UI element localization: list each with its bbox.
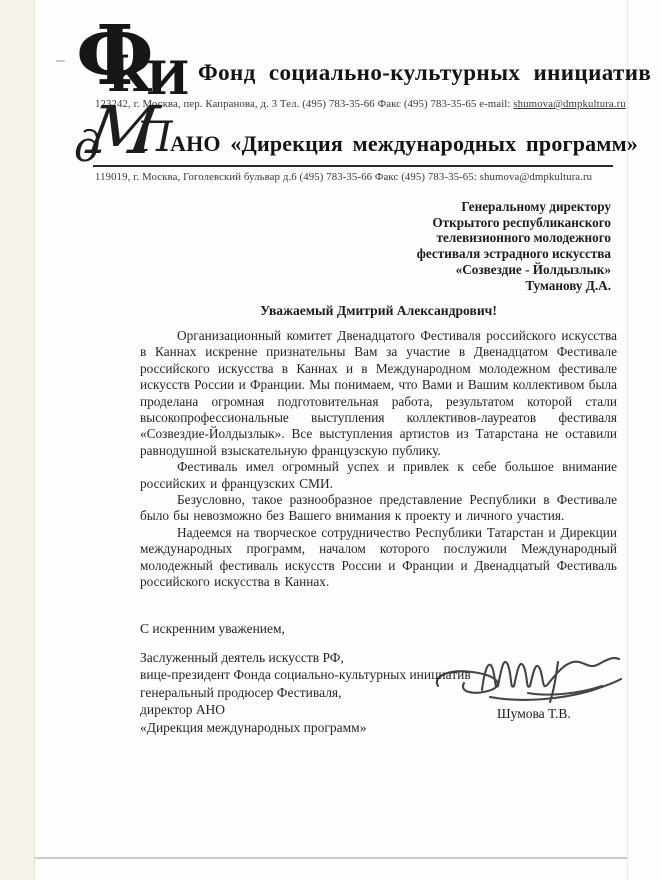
recipient-line: телевизионного молодежного	[291, 230, 611, 246]
letter-body: Организационный комитет Двенадцатого Фес…	[140, 328, 617, 591]
signer-name: Шумова Т.В.	[497, 706, 571, 722]
salutation: Уважаемый Дмитрий Александрович!	[140, 303, 617, 319]
org2-title: АНО «Дирекция международных программ»	[170, 131, 620, 157]
signer-title-line: «Дирекция международных программ»	[140, 719, 500, 736]
recipient-line: Туманову Д.А.	[291, 278, 611, 294]
header-divider-rule	[93, 165, 613, 167]
dmp-logo-letter-p: П	[136, 116, 173, 158]
scanned-letter-page: Ф К И Фонд социально-культурных инициати…	[0, 0, 662, 880]
recipient-line: «Созвездие - Йолдызлык»	[291, 262, 611, 278]
body-paragraph-2: Фестиваль имел огромный успех и привлек …	[140, 459, 617, 492]
body-paragraph-4: Надеемся на творческое сотрудничество Ре…	[140, 525, 617, 591]
org1-address-line: 123242, г. Москва, пер. Капранова, д. 3 …	[95, 98, 625, 110]
org1-title: Фонд социально-культурных инициатив	[198, 60, 618, 86]
scan-edge-bottom	[34, 857, 627, 859]
org2-address-line: 119019, г. Москва, Гоголевский бульвар д…	[95, 171, 625, 183]
org1-email: shumova@dmpkultura.ru	[513, 98, 626, 110]
recipient-block: Генеральному директору Открытого республ…	[291, 199, 611, 293]
recipient-line: Генеральному директору	[291, 199, 611, 215]
scan-edge-left	[0, 0, 35, 880]
body-paragraph-3: Безусловно, такое разнообразное представ…	[140, 492, 617, 525]
recipient-line: Открытого республиканского	[291, 215, 611, 231]
body-paragraph-1: Организационный комитет Двенадцатого Фес…	[140, 328, 617, 459]
recipient-line: фестиваля эстрадного искусства	[291, 246, 611, 262]
scan-speck	[56, 60, 65, 62]
closing-phrase: С искренним уважением,	[140, 621, 285, 637]
